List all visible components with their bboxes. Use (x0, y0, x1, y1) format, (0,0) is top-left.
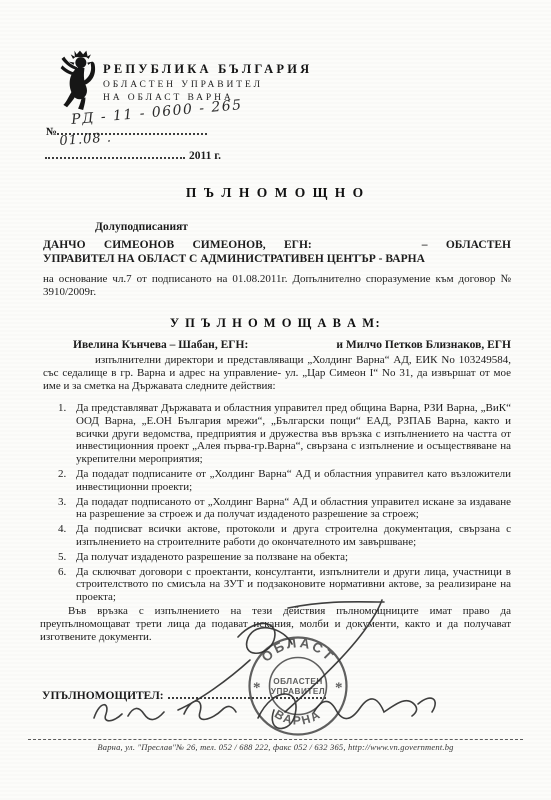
agent1-name: Ивелина Кънчева – Шабан, ЕГН: (73, 339, 248, 352)
footer-contact-line: Варна, ул. "Преслав"№ 26, тел. 052 / 688… (0, 742, 551, 752)
office-line2: НА ОБЛАСТ ВАРНА (103, 93, 403, 103)
number-prefix: № (46, 126, 57, 138)
principal-paragraph: ДАНЧО СИМЕОНОВ СИМЕОНОВ, ЕГН:– ОБЛАСТЕН … (43, 239, 511, 266)
agents-block: Ивелина Кънчева – Шабан, ЕГН: и Милчо Пе… (43, 339, 511, 392)
scanned-power-of-attorney-document: РЕПУБЛИКА БЪЛГАРИЯ ОБЛАСТЕН УПРАВИТЕЛ НА… (0, 0, 551, 800)
opening-word: Долуподписаният (95, 221, 188, 233)
document-title: П Ъ Л Н О М О Щ Н О (0, 185, 551, 201)
registration-date-row: 2011 г. (45, 146, 221, 164)
item-text: Да представляват Държавата и областния у… (76, 402, 511, 466)
item-number: 2. (58, 468, 76, 494)
signature-scrawl (88, 592, 468, 742)
item-number: 3. (58, 496, 76, 522)
bulgaria-lion-emblem-icon (56, 48, 102, 114)
item-number: 5. (58, 551, 76, 564)
list-item: 3.Да подадат подписаното от „Холдинг Вар… (58, 496, 511, 522)
year-suffix: 2011 г. (189, 150, 221, 162)
footer-divider (28, 739, 523, 740)
item-number: 6. (58, 566, 76, 604)
republic-title: РЕПУБЛИКА БЪЛГАРИЯ (103, 62, 403, 77)
item-text: Да подадат подписаното от „Холдинг Варна… (76, 496, 511, 522)
office-line1: ОБЛАСТЕН УПРАВИТЕЛ (103, 80, 403, 90)
list-item: 4.Да подписват всички актове, протоколи … (58, 523, 511, 549)
principal-name: ДАНЧО СИМЕОНОВ СИМЕОНОВ, ЕГН: (43, 239, 312, 251)
item-text: Да подписват всички актове, протоколи и … (76, 523, 511, 549)
date-dotted-line (45, 147, 185, 159)
list-item: 2.Да подадат подписаните от „Холдинг Вар… (58, 468, 511, 494)
actions-list: 1.Да представляват Държавата и областния… (58, 402, 511, 606)
item-number: 4. (58, 523, 76, 549)
list-item: 5.Да получат издаденото разрешение за по… (58, 551, 511, 564)
agents-description: изпълнителни директори и представляващи … (43, 354, 511, 392)
item-text: Да подадат подписаните от „Холдинг Варна… (76, 468, 511, 494)
authorize-heading: У П Ъ Л Н О М О Щ А В А М: (0, 316, 551, 331)
legal-basis: на основание чл.7 от подписаното на 01.0… (43, 273, 511, 299)
list-item: 1.Да представляват Държавата и областния… (58, 402, 511, 466)
letterhead: РЕПУБЛИКА БЪЛГАРИЯ ОБЛАСТЕН УПРАВИТЕЛ НА… (103, 62, 403, 103)
agent2-name: и Милчо Петков Близнаков, ЕГН (336, 339, 511, 352)
item-number: 1. (58, 402, 76, 466)
agents-names-line: Ивелина Кънчева – Шабан, ЕГН: и Милчо Пе… (43, 339, 511, 352)
item-text: Да получат издаденото разрешение за полз… (76, 551, 511, 564)
